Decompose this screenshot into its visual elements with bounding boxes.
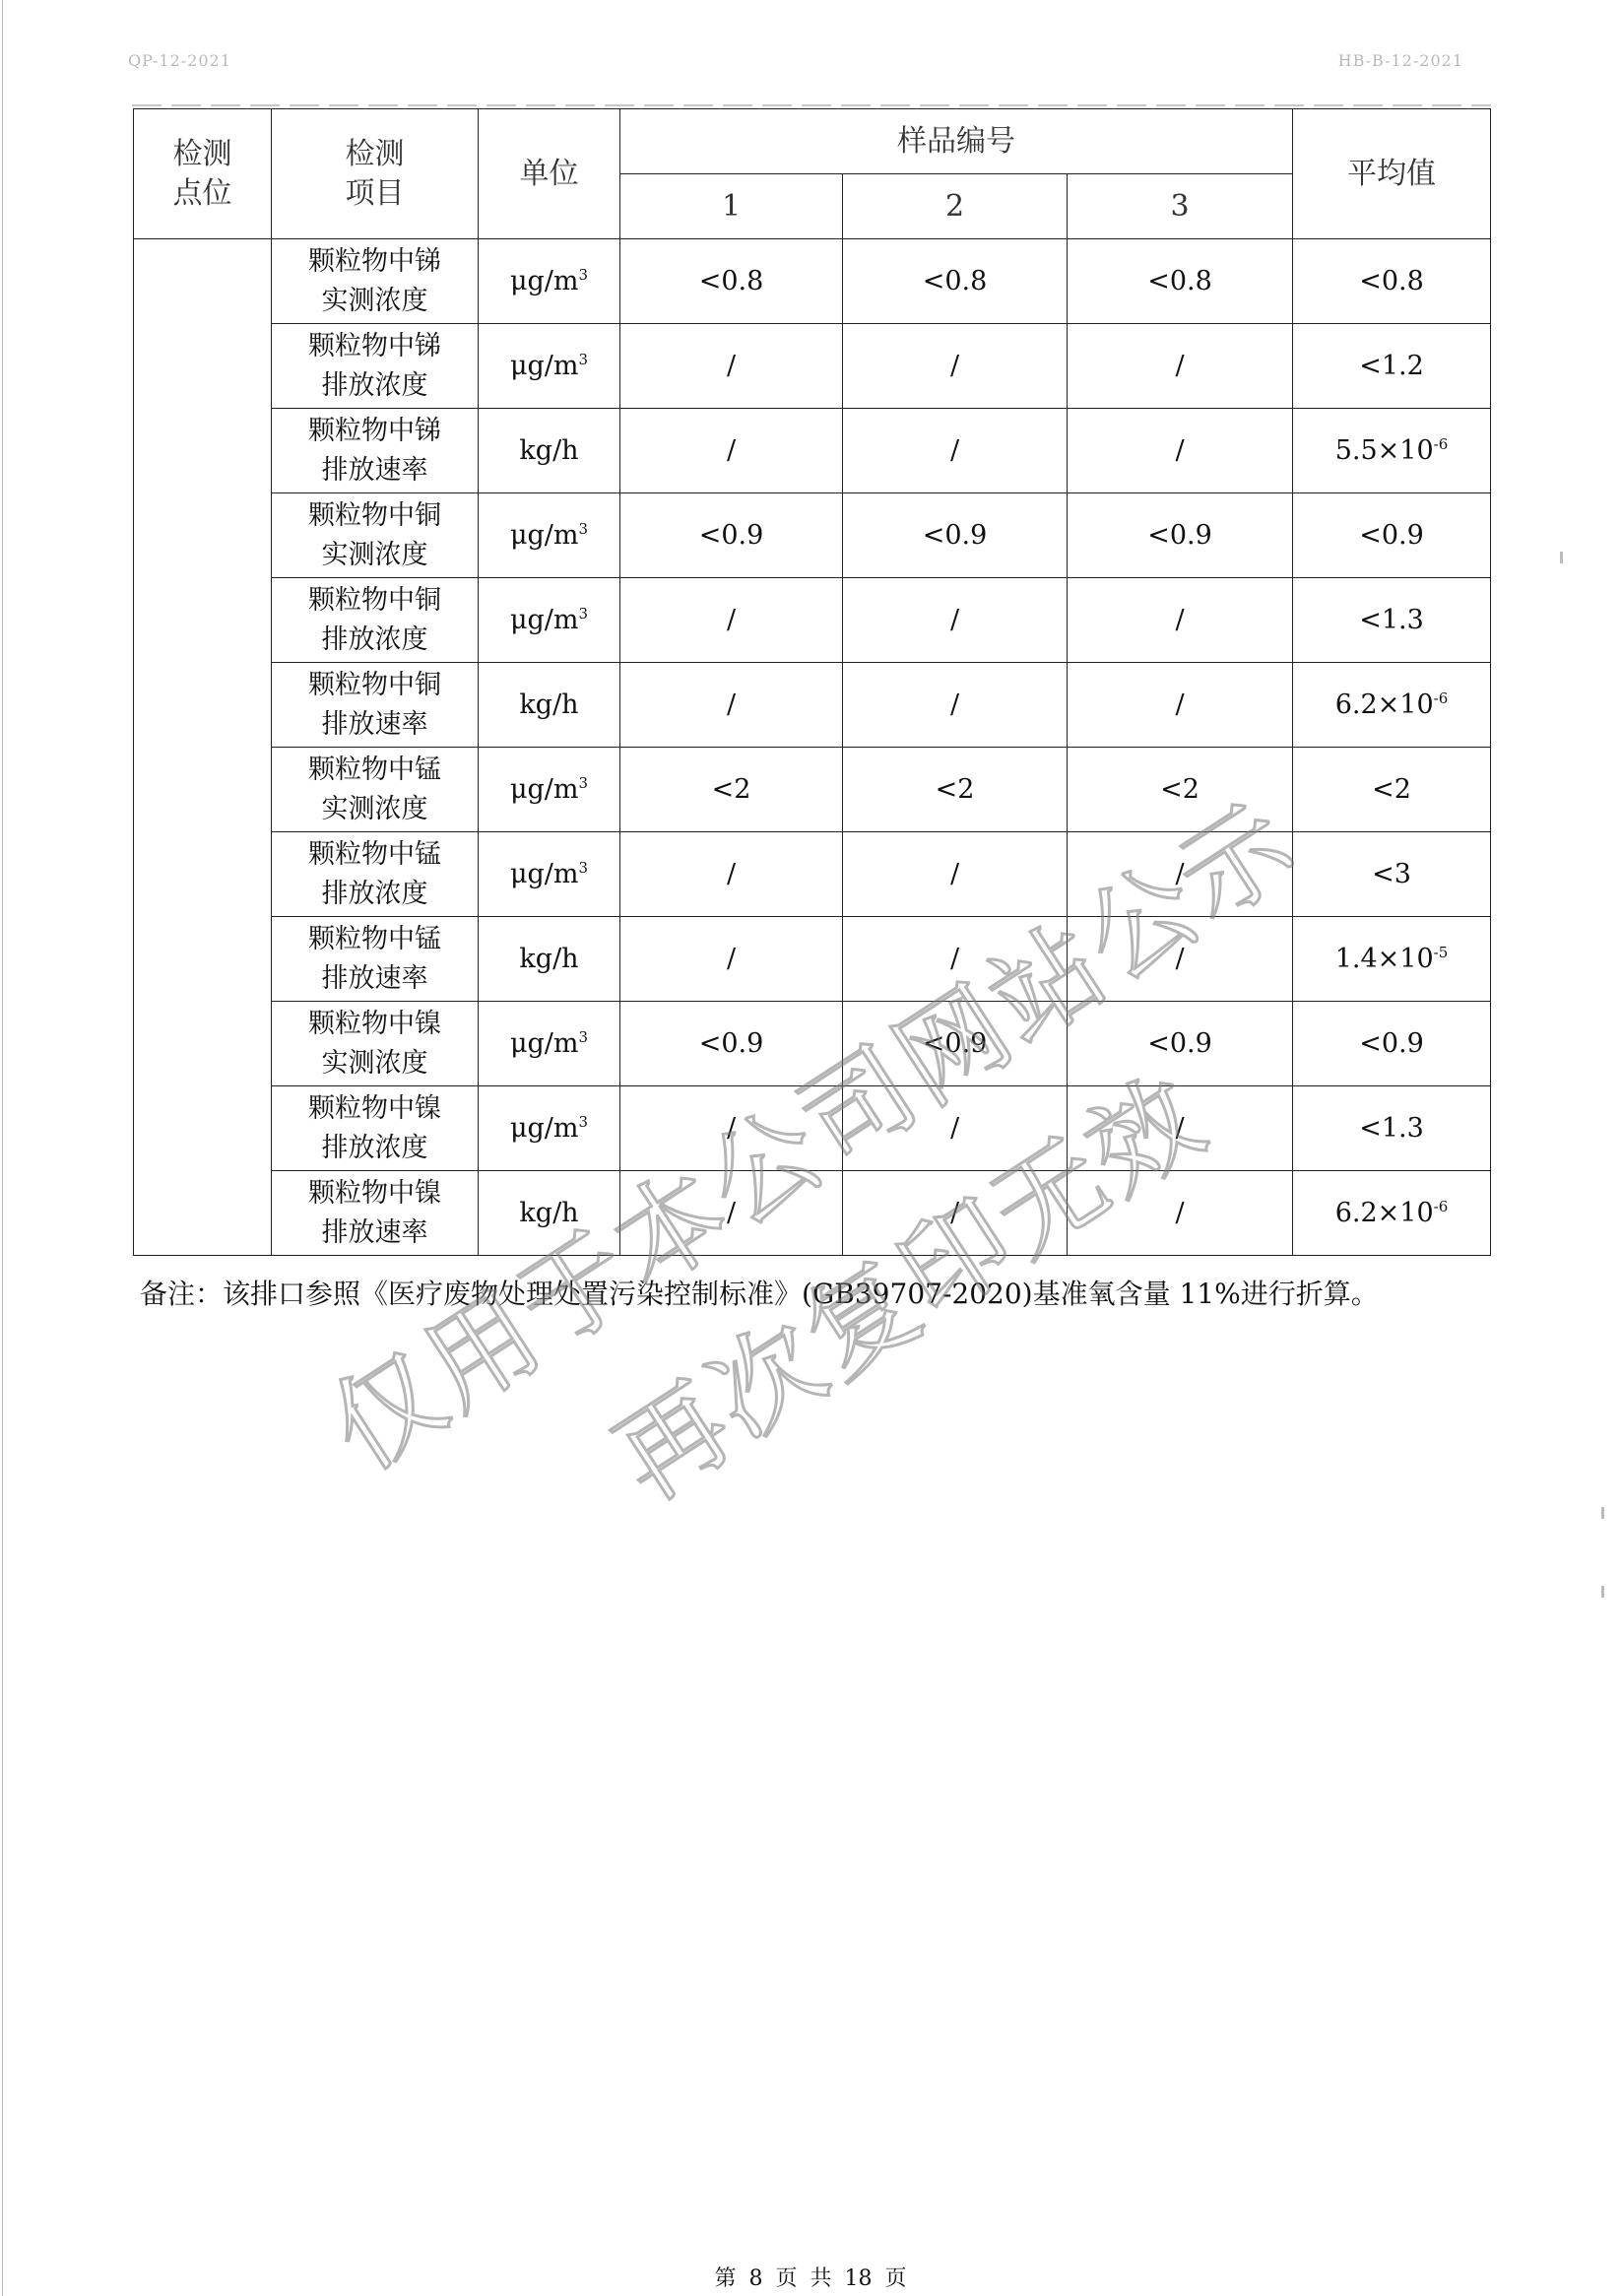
item-name: 颗粒物中镍 — [272, 1174, 478, 1214]
sample-1-value: / — [620, 324, 843, 409]
unit-cell: μg/m3 — [479, 578, 620, 663]
average-value: <1.2 — [1293, 324, 1491, 409]
item-type: 排放浓度 — [272, 621, 478, 660]
sample-1-value: <0.9 — [620, 493, 843, 578]
scan-speck — [1560, 552, 1563, 563]
document-code-left: QP-12-2021 — [128, 51, 231, 70]
table-row: 颗粒物中锑排放速率kg/h///5.5×10-6 — [134, 409, 1491, 493]
scan-speck — [1601, 1507, 1604, 1519]
table-row: 颗粒物中锑实测浓度μg/m3<0.8<0.8<0.8<0.8 — [134, 239, 1491, 324]
sample-3-value: / — [1068, 1171, 1293, 1256]
unit-cell: μg/m3 — [479, 1086, 620, 1171]
item-type: 排放速率 — [272, 451, 478, 491]
item-name: 颗粒物中镍 — [272, 1005, 478, 1044]
unit-cell: kg/h — [479, 409, 620, 493]
item-name: 颗粒物中锰 — [272, 920, 478, 959]
item-type: 实测浓度 — [272, 282, 478, 321]
page-number: 第 8 页 共 18 页 — [0, 2262, 1621, 2292]
sample-3-value: / — [1068, 578, 1293, 663]
item-name: 颗粒物中铜 — [272, 581, 478, 621]
document-code-right: HB-B-12-2021 — [1338, 51, 1463, 70]
item-name: 颗粒物中锑 — [272, 327, 478, 366]
sample-3-value: / — [1068, 832, 1293, 917]
sample-1-value: / — [620, 578, 843, 663]
unit-cell: μg/m3 — [479, 324, 620, 409]
header-average: 平均值 — [1293, 109, 1491, 239]
item-cell: 颗粒物中铜排放浓度 — [272, 578, 479, 663]
item-cell: 颗粒物中镍排放速率 — [272, 1171, 479, 1256]
sample-1-value: <2 — [620, 748, 843, 832]
header-sample-2: 2 — [843, 174, 1068, 239]
header-rule — [132, 104, 1491, 106]
item-cell: 颗粒物中铜排放速率 — [272, 663, 479, 748]
sample-2-value: / — [843, 1171, 1068, 1256]
sample-2-value: <2 — [843, 748, 1068, 832]
table-row: 颗粒物中镍实测浓度μg/m3<0.9<0.9<0.9<0.9 — [134, 1002, 1491, 1086]
table-row: 颗粒物中锰排放速率kg/h///1.4×10-5 — [134, 917, 1491, 1002]
sample-2-value: / — [843, 663, 1068, 748]
header-location: 检测 点位 — [134, 109, 272, 239]
unit-cell: kg/h — [479, 663, 620, 748]
sample-3-value: / — [1068, 409, 1293, 493]
item-cell: 颗粒物中锰排放浓度 — [272, 832, 479, 917]
average-value: 1.4×10-5 — [1293, 917, 1491, 1002]
sample-2-value: / — [843, 409, 1068, 493]
sample-1-value: / — [620, 1171, 843, 1256]
item-cell: 颗粒物中锰排放速率 — [272, 917, 479, 1002]
item-cell: 颗粒物中锰实测浓度 — [272, 748, 479, 832]
table-row: 颗粒物中铜排放速率kg/h///6.2×10-6 — [134, 663, 1491, 748]
table-row: 颗粒物中镍排放浓度μg/m3///<1.3 — [134, 1086, 1491, 1171]
table-row: 颗粒物中锰实测浓度μg/m3<2<2<2<2 — [134, 748, 1491, 832]
item-type: 排放速率 — [272, 959, 478, 999]
item-type: 排放速率 — [272, 1214, 478, 1253]
average-value: <0.9 — [1293, 1002, 1491, 1086]
sample-2-value: <0.9 — [843, 493, 1068, 578]
sample-3-value: / — [1068, 1086, 1293, 1171]
header-unit: 单位 — [479, 109, 620, 239]
sample-1-value: <0.8 — [620, 239, 843, 324]
sample-3-value: / — [1068, 663, 1293, 748]
item-name: 颗粒物中铜 — [272, 666, 478, 705]
item-type: 排放浓度 — [272, 1129, 478, 1168]
scan-speck — [1601, 1586, 1604, 1598]
unit-cell: μg/m3 — [479, 832, 620, 917]
item-cell: 颗粒物中锑排放浓度 — [272, 324, 479, 409]
sample-1-value: <0.9 — [620, 1002, 843, 1086]
sample-1-value: / — [620, 832, 843, 917]
item-name: 颗粒物中锑 — [272, 242, 478, 282]
sample-1-value: / — [620, 409, 843, 493]
sample-3-value: <0.8 — [1068, 239, 1293, 324]
sample-1-value: / — [620, 663, 843, 748]
average-value: <0.9 — [1293, 493, 1491, 578]
unit-cell: μg/m3 — [479, 239, 620, 324]
sample-1-value: / — [620, 917, 843, 1002]
unit-cell: μg/m3 — [479, 1002, 620, 1086]
average-value: <3 — [1293, 832, 1491, 917]
item-name: 颗粒物中锰 — [272, 835, 478, 875]
header-item: 检测 项目 — [272, 109, 479, 239]
item-type: 实测浓度 — [272, 1044, 478, 1083]
test-results-table: 检测 点位 检测 项目 单位 样品编号 平均值 1 2 3 颗粒物中锑实测浓度μ… — [133, 108, 1491, 1256]
scan-edge-line — [2, 0, 3, 2296]
header-sample-1: 1 — [620, 174, 843, 239]
header-sample-number: 样品编号 — [620, 109, 1293, 174]
item-type: 排放速率 — [272, 705, 478, 745]
sample-3-value: <0.9 — [1068, 1002, 1293, 1086]
item-cell: 颗粒物中铜实测浓度 — [272, 493, 479, 578]
item-cell: 颗粒物中镍排放浓度 — [272, 1086, 479, 1171]
item-name: 颗粒物中镍 — [272, 1089, 478, 1129]
location-cell — [134, 239, 272, 1256]
table-row: 颗粒物中铜实测浓度μg/m3<0.9<0.9<0.9<0.9 — [134, 493, 1491, 578]
item-type: 排放浓度 — [272, 366, 478, 406]
unit-cell: μg/m3 — [479, 748, 620, 832]
header-sample-3: 3 — [1068, 174, 1293, 239]
average-value: 6.2×10-6 — [1293, 663, 1491, 748]
sample-2-value: <0.9 — [843, 1002, 1068, 1086]
average-value: 5.5×10-6 — [1293, 409, 1491, 493]
sample-3-value: <0.9 — [1068, 493, 1293, 578]
table-row: 颗粒物中锰排放浓度μg/m3///<3 — [134, 832, 1491, 917]
item-type: 实测浓度 — [272, 536, 478, 575]
table-row: 颗粒物中锑排放浓度μg/m3///<1.2 — [134, 324, 1491, 409]
average-value: <0.8 — [1293, 239, 1491, 324]
unit-cell: μg/m3 — [479, 493, 620, 578]
item-type: 排放浓度 — [272, 875, 478, 914]
average-value: 6.2×10-6 — [1293, 1171, 1491, 1256]
footnote: 备注：该排口参照《医疗废物处理处置污染控制标准》(GB39707-2020)基准… — [140, 1273, 1379, 1312]
unit-cell: kg/h — [479, 1171, 620, 1256]
item-type: 实测浓度 — [272, 790, 478, 829]
item-cell: 颗粒物中镍实测浓度 — [272, 1002, 479, 1086]
sample-2-value: <0.8 — [843, 239, 1068, 324]
item-name: 颗粒物中锰 — [272, 751, 478, 790]
sample-1-value: / — [620, 1086, 843, 1171]
table-body: 颗粒物中锑实测浓度μg/m3<0.8<0.8<0.8<0.8颗粒物中锑排放浓度μ… — [134, 239, 1491, 1256]
sample-2-value: / — [843, 917, 1068, 1002]
sample-3-value: / — [1068, 917, 1293, 1002]
table-row: 颗粒物中铜排放浓度μg/m3///<1.3 — [134, 578, 1491, 663]
sample-2-value: / — [843, 1086, 1068, 1171]
sample-3-value: / — [1068, 324, 1293, 409]
item-name: 颗粒物中铜 — [272, 496, 478, 536]
sample-2-value: / — [843, 324, 1068, 409]
table-row: 颗粒物中镍排放速率kg/h///6.2×10-6 — [134, 1171, 1491, 1256]
sample-2-value: / — [843, 832, 1068, 917]
sample-2-value: / — [843, 578, 1068, 663]
sample-3-value: <2 — [1068, 748, 1293, 832]
average-value: <1.3 — [1293, 1086, 1491, 1171]
item-name: 颗粒物中锑 — [272, 412, 478, 451]
item-cell: 颗粒物中锑排放速率 — [272, 409, 479, 493]
average-value: <2 — [1293, 748, 1491, 832]
average-value: <1.3 — [1293, 578, 1491, 663]
item-cell: 颗粒物中锑实测浓度 — [272, 239, 479, 324]
unit-cell: kg/h — [479, 917, 620, 1002]
